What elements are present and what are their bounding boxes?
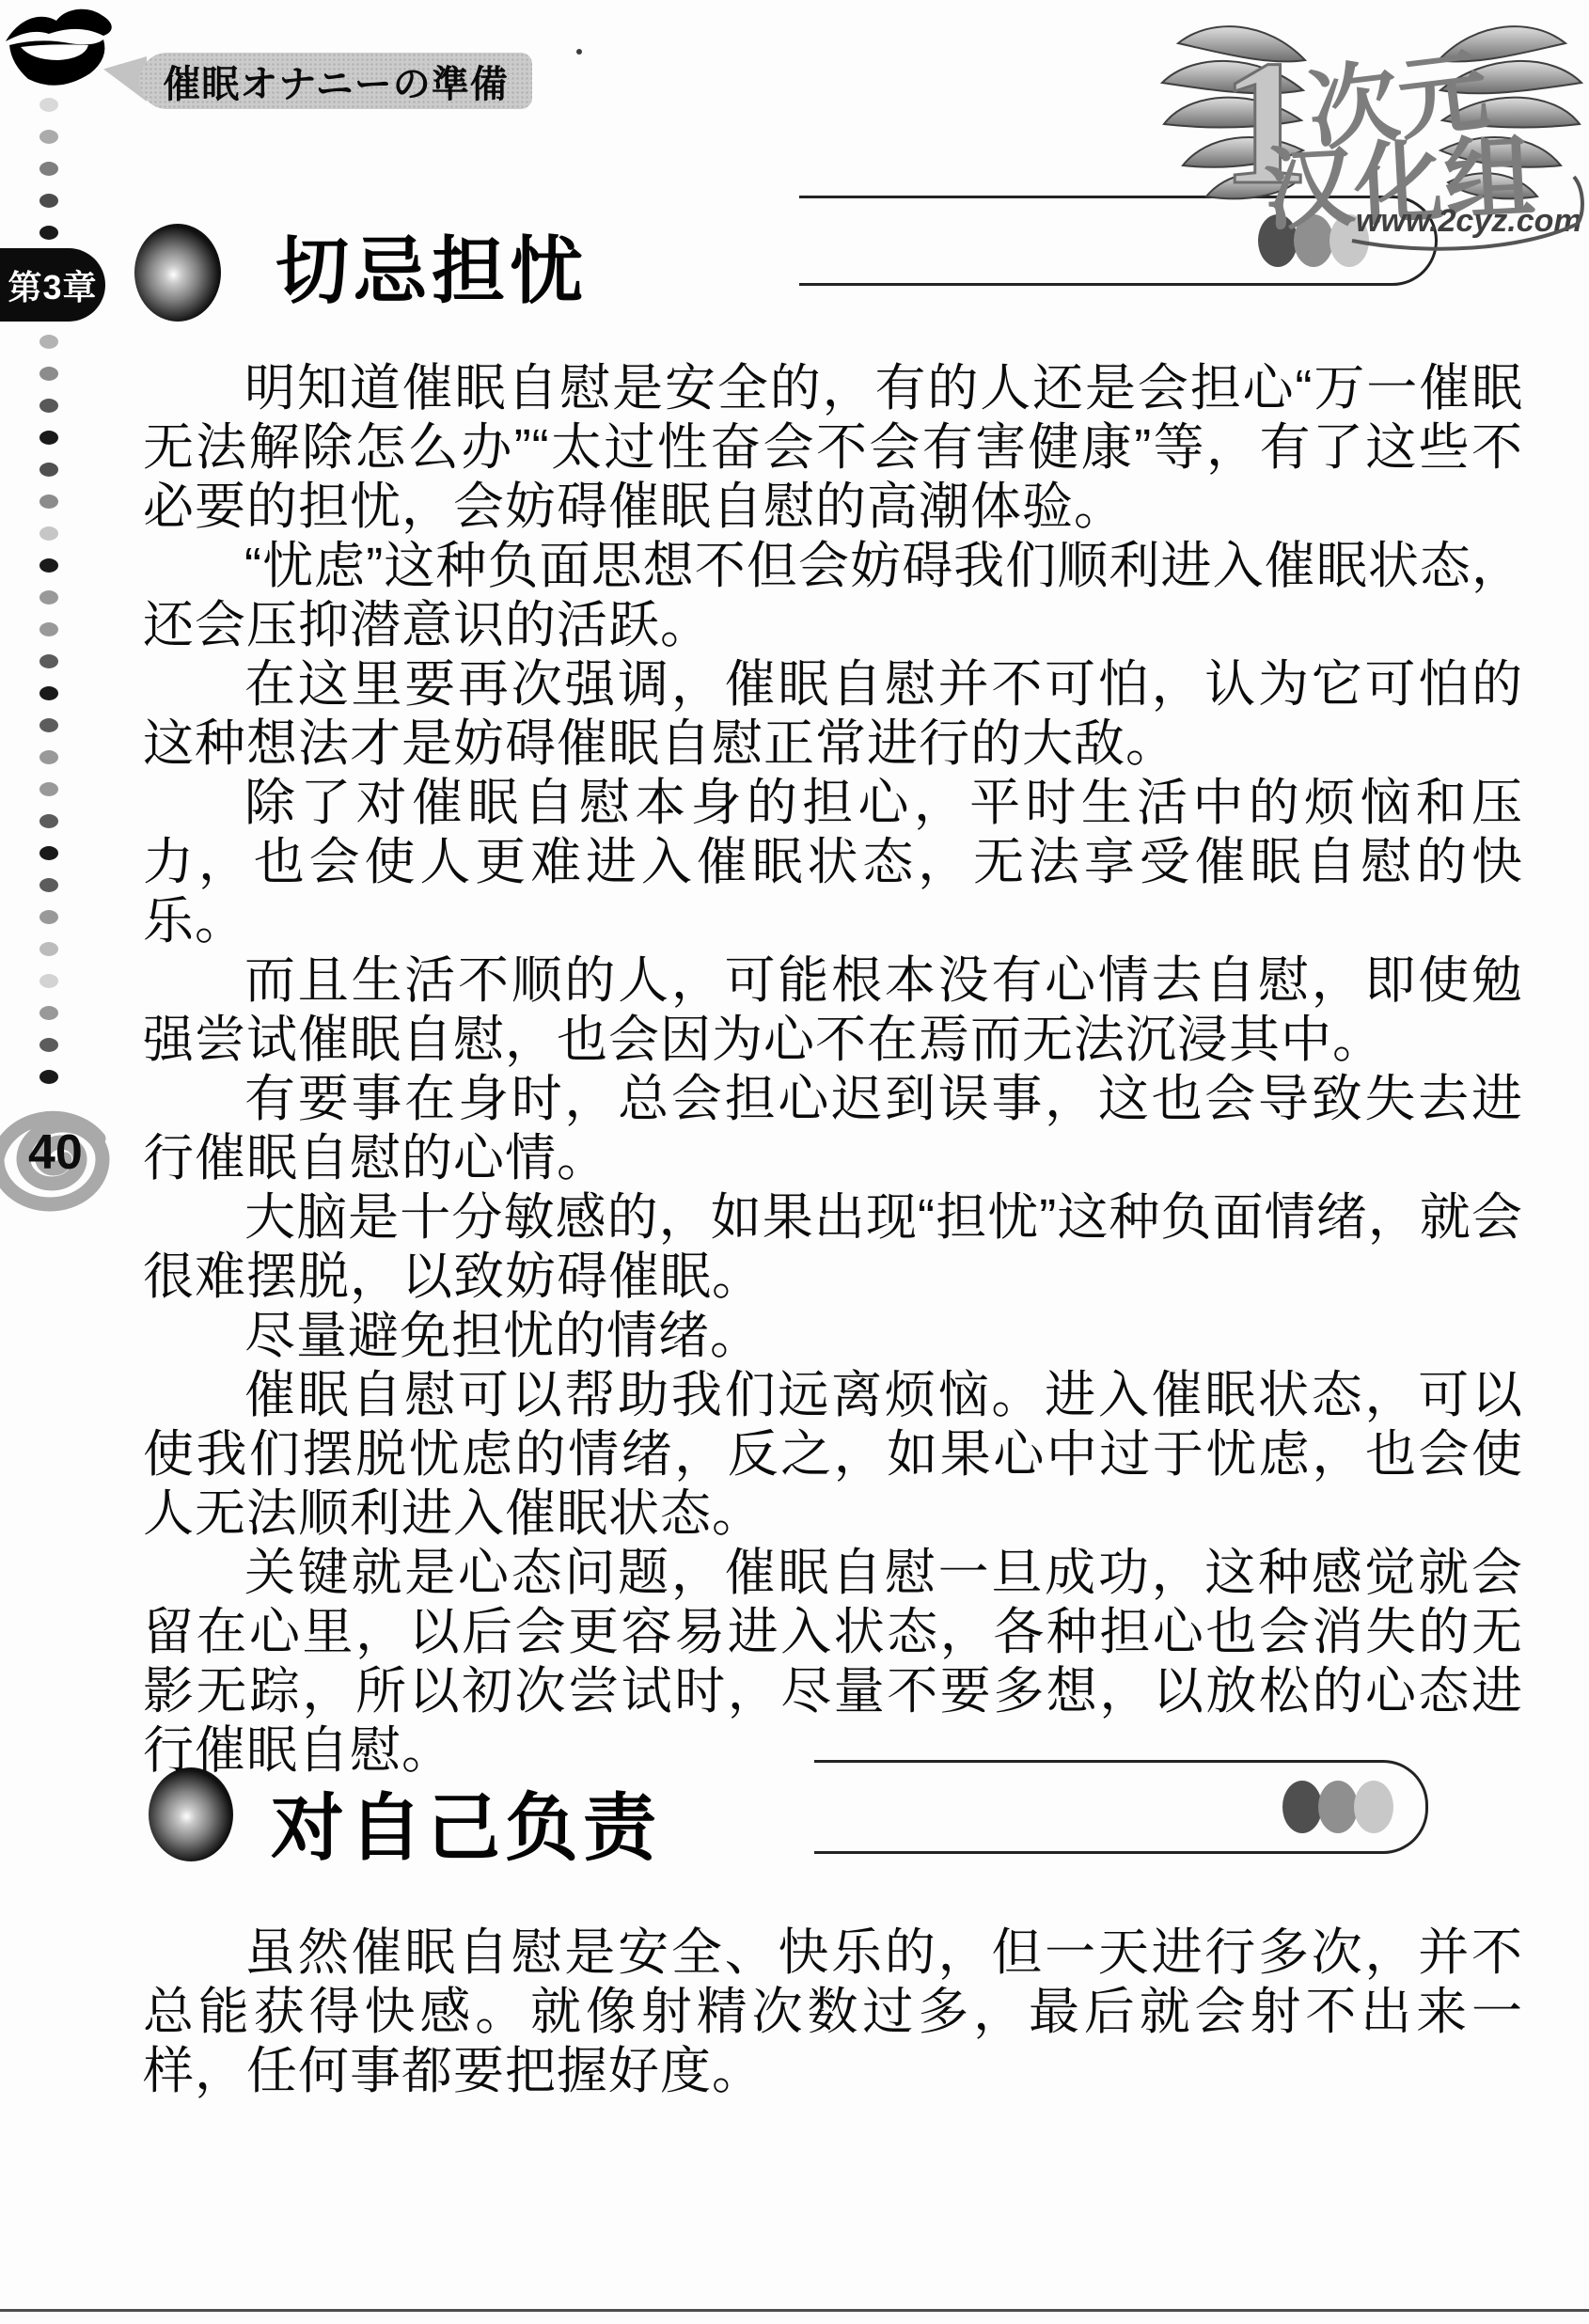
body-paragraph: 关键就是心态问题，催眠自慰一旦成功，这种感觉就会留在心里，以后会更容易进入状态，… bbox=[143, 1544, 1523, 1781]
scan-speck bbox=[576, 49, 582, 55]
sidebar-dot bbox=[39, 431, 58, 445]
sidebar-dot bbox=[39, 463, 58, 477]
body-paragraph: 尽量避免担忧的情绪。 bbox=[143, 1307, 1523, 1366]
sidebar-dot bbox=[39, 686, 58, 700]
page-number: 40 bbox=[28, 1124, 83, 1181]
section-body-1: 明知道催眠自慰是安全的，有的人还是会担心“万一催眠无法解除怎么办”“太过性奋会不… bbox=[143, 359, 1523, 1781]
pill-circles-2 bbox=[1286, 1781, 1393, 1833]
header-banner: 催眠オナニーの準備 bbox=[139, 53, 532, 109]
sidebar-dot bbox=[39, 1070, 58, 1084]
sidebar-dot bbox=[39, 526, 58, 541]
sidebar-dot bbox=[39, 558, 58, 573]
chapter-tab-label: 第3章 bbox=[8, 261, 97, 309]
sidebar-dot bbox=[39, 814, 58, 828]
body-paragraph: 除了对催眠自慰本身的担心，平时生活中的烦恼和压力，也会使人更难进入催眠状态，无法… bbox=[143, 774, 1523, 951]
pill-circle bbox=[1318, 1781, 1358, 1833]
sidebar-dot bbox=[39, 399, 58, 413]
body-paragraph: 催眠自慰可以帮助我们远离烦恼。进入催眠状态，可以使我们摆脱忧虑的情绪，反之，如果… bbox=[143, 1366, 1523, 1544]
sidebar-dot bbox=[39, 942, 58, 956]
sidebar-dot bbox=[39, 718, 58, 732]
sidebar-dot bbox=[39, 495, 58, 509]
sidebar-dot bbox=[39, 335, 58, 349]
sidebar-dot bbox=[39, 194, 58, 208]
body-paragraph: 在这里要再次强调，催眠自慰并不可怕，认为它可怕的这种想法才是妨碍催眠自慰正常进行… bbox=[143, 655, 1523, 774]
body-paragraph: 而且生活不顺的人，可能根本没有心情去自慰，即使勉强尝试催眠自慰，也会因为心不在焉… bbox=[143, 951, 1523, 1070]
pill-circle bbox=[1354, 1781, 1393, 1833]
translation-group-watermark: 1 次元 汉化组 www.2cyz.com bbox=[1155, 4, 1589, 258]
sidebar-dot bbox=[39, 226, 58, 240]
sidebar-dot bbox=[39, 750, 58, 764]
header-banner-label: 催眠オナニーの準備 bbox=[163, 55, 508, 108]
book-page: 催眠オナニーの準備 1 次元 汉化组 www.2cyz.com bbox=[0, 0, 1589, 2324]
sidebar-dot bbox=[39, 162, 58, 176]
section-bullet-sphere bbox=[149, 1767, 233, 1861]
sidebar-dot bbox=[39, 654, 58, 668]
sidebar-dot bbox=[39, 1038, 58, 1052]
sidebar-dot bbox=[39, 910, 58, 924]
sidebar-dot bbox=[39, 590, 58, 605]
chapter-tab: 第3章 bbox=[0, 248, 105, 322]
section-body-2: 虽然催眠自慰是安全、快乐的，但一天进行多次，并不总能获得快感。就像射精次数过多，… bbox=[143, 1924, 1523, 2101]
sidebar-dot bbox=[39, 130, 58, 144]
section-bullet-sphere bbox=[134, 224, 221, 322]
bottom-rule bbox=[0, 2309, 1589, 2312]
sidebar-dot bbox=[39, 974, 58, 988]
sidebar-dot bbox=[39, 1006, 58, 1020]
body-paragraph: 有要事在身时，总会担心迟到误事，这也会导致失去进行催眠自慰的心情。 bbox=[143, 1070, 1523, 1188]
sidebar-dot bbox=[39, 98, 58, 112]
wings-logo-icon: 1 次元 汉化组 www.2cyz.com bbox=[1155, 4, 1589, 258]
pill-circle bbox=[1282, 1781, 1322, 1833]
sidebar-dot bbox=[39, 367, 58, 381]
body-paragraph: 明知道催眠自慰是安全的，有的人还是会担心“万一催眠无法解除怎么办”“太过性奋会不… bbox=[143, 359, 1523, 537]
sidebar-dot bbox=[39, 878, 58, 892]
sidebar-dot bbox=[39, 846, 58, 860]
sidebar-dot bbox=[39, 782, 58, 796]
section-title-2: 对自己负责 bbox=[271, 1769, 661, 1875]
sidebar-dot bbox=[39, 622, 58, 636]
body-paragraph: “忧虑”这种负面思想不但会妨碍我们顺利进入催眠状态，还会压抑潜意识的活跃。 bbox=[143, 537, 1523, 655]
body-paragraph: 虽然催眠自慰是安全、快乐的，但一天进行多次，并不总能获得快感。就像射精次数过多，… bbox=[143, 1924, 1523, 2101]
section-title-1: 切忌担忧 bbox=[275, 212, 588, 318]
lips-logo-icon bbox=[2, 6, 118, 103]
body-paragraph: 大脑是十分敏感的，如果出现“担忧”这种负面情绪，就会很难摆脱，以致妨碍催眠。 bbox=[143, 1188, 1523, 1307]
